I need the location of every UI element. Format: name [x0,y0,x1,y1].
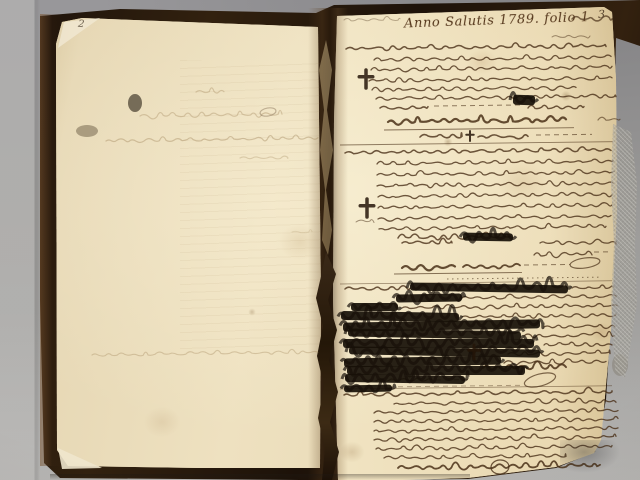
manuscript-photo: 2 Anno Salutis 1789. folio 1 3 [0,0,640,480]
book-shadow-bottom [50,474,470,480]
right-page-folio-number: 3 [598,8,606,21]
left-page-number: 2 [77,19,84,31]
handwriting-ink-overlay [0,0,640,480]
book-shadow-bottom-right [560,440,640,480]
